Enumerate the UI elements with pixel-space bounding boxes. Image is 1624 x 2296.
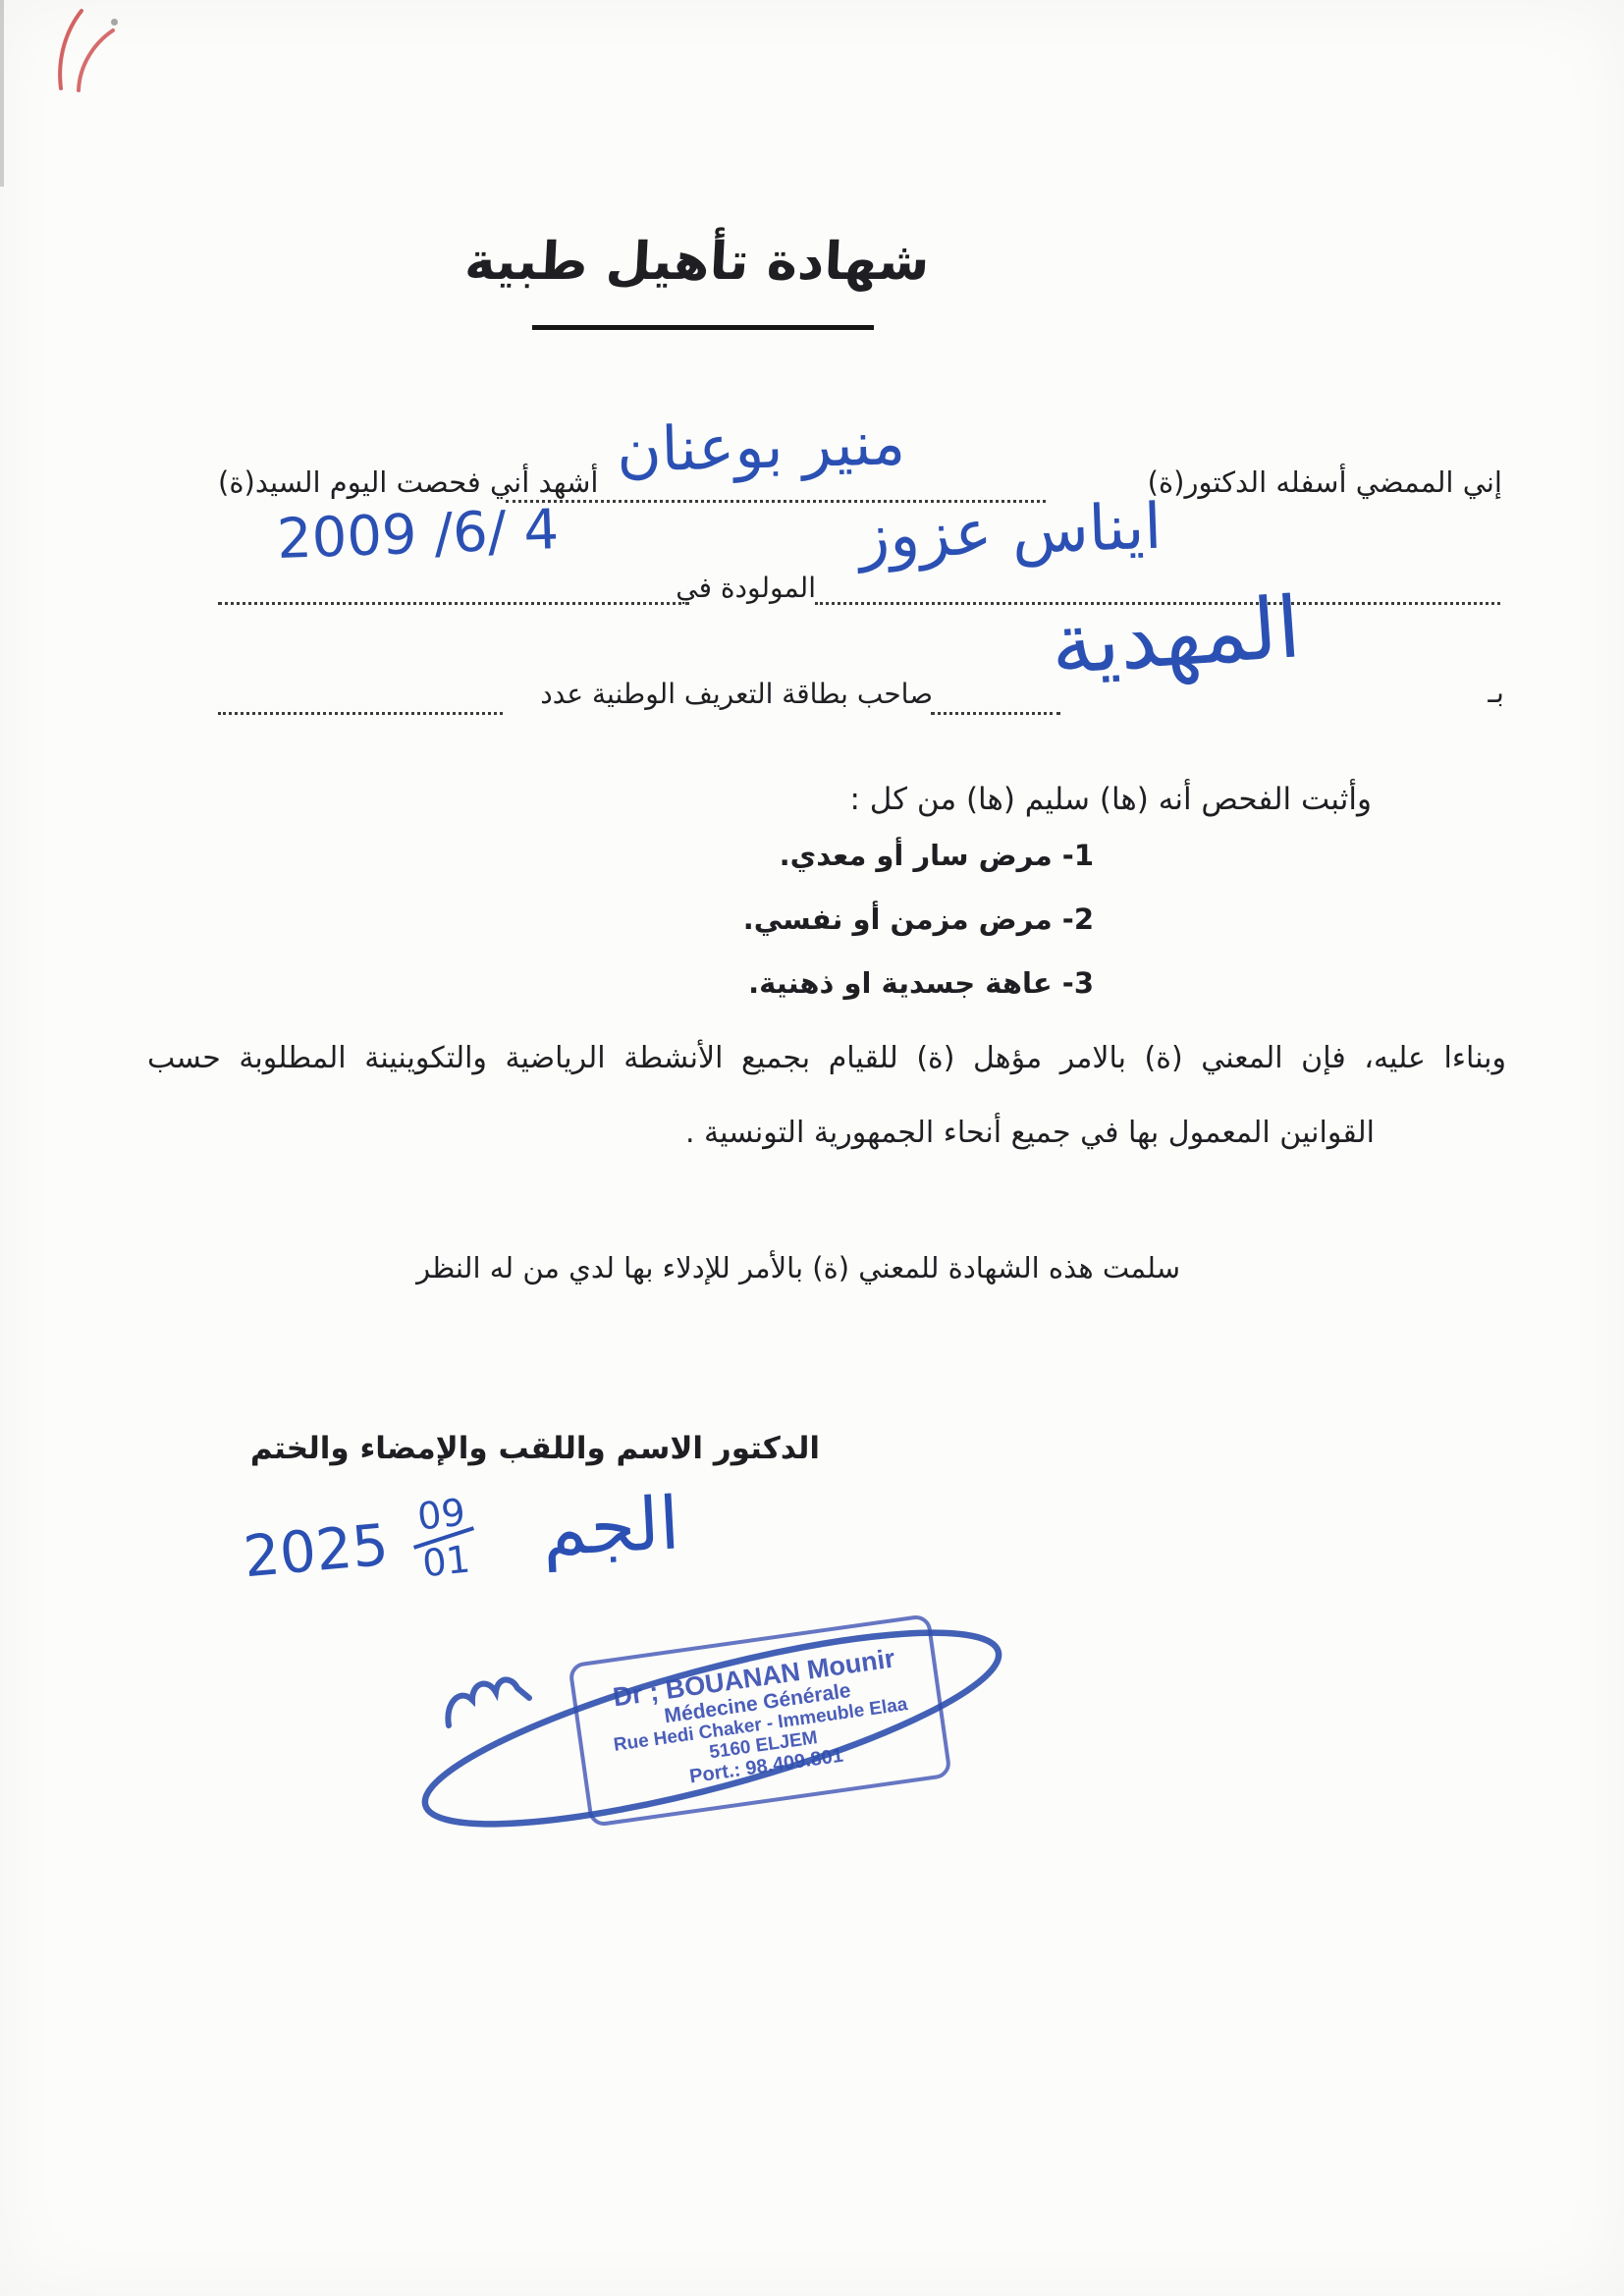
scan-edge-sliver: [0, 0, 4, 187]
handwritten-patient-name: ايناس عزوز: [858, 491, 1164, 574]
signature-scribble: [388, 1566, 1036, 1861]
scan-speck: [111, 19, 118, 26]
conclusion-line-2: القوانين المعمول بها في جميع أنحاء الجمه…: [685, 1116, 1375, 1150]
finding-item-3: 3- عاهة جسدية او ذهنية.: [748, 966, 1094, 1000]
line2-born-label: المولودة في: [676, 572, 816, 604]
handwritten-birth-date: 2009 /6/ 4: [276, 498, 560, 572]
line3-id-label: صاحب بطاقة التعريف الوطنية عدد: [540, 678, 933, 710]
doctor-signoff-label: الدكتور الاسم واللقب والإمضاء والختم: [250, 1431, 820, 1466]
delivery-statement: سلمت هذه الشهادة للمعني (ة) بالأمر للإدل…: [416, 1251, 1180, 1285]
finding-item-1: 1- مرض سار أو معدي.: [780, 839, 1094, 872]
handwritten-date-year: 2025: [241, 1511, 391, 1591]
line2-dotted-line-left: [218, 601, 689, 605]
title-underline: [532, 325, 874, 330]
handwritten-doctor-name: منير بوعنان: [616, 407, 906, 486]
line1-left-text: أشهد أني فحصت اليوم السيد(ة): [218, 465, 598, 499]
handwritten-birth-place: المهدية: [1048, 578, 1304, 694]
page-title: شهادة تأهيل طبية: [391, 232, 1002, 292]
handwritten-place: الجم: [540, 1481, 681, 1572]
line3-prefix: بـ: [1488, 676, 1504, 709]
line3-dotted-line-right: [931, 711, 1060, 715]
scanned-medical-certificate: شهادة تأهيل طبية إني الممضي أسفله الدكتو…: [0, 0, 1624, 2296]
line3-dotted-line-left: [218, 711, 503, 715]
conclusion-line-1: وبناءا عليه، فإن المعني (ة) بالامر مؤهل …: [147, 1041, 1506, 1075]
line1-right-text: إني الممضي أسفله الدكتور(ة): [1148, 465, 1502, 499]
red-pen-marks: [47, 2, 128, 95]
finding-item-2: 2- مرض مزمن أو نفسي.: [743, 902, 1094, 936]
findings-heading: وأثبت الفحص أنه (ها) سليم (ها) من كل :: [850, 782, 1373, 817]
